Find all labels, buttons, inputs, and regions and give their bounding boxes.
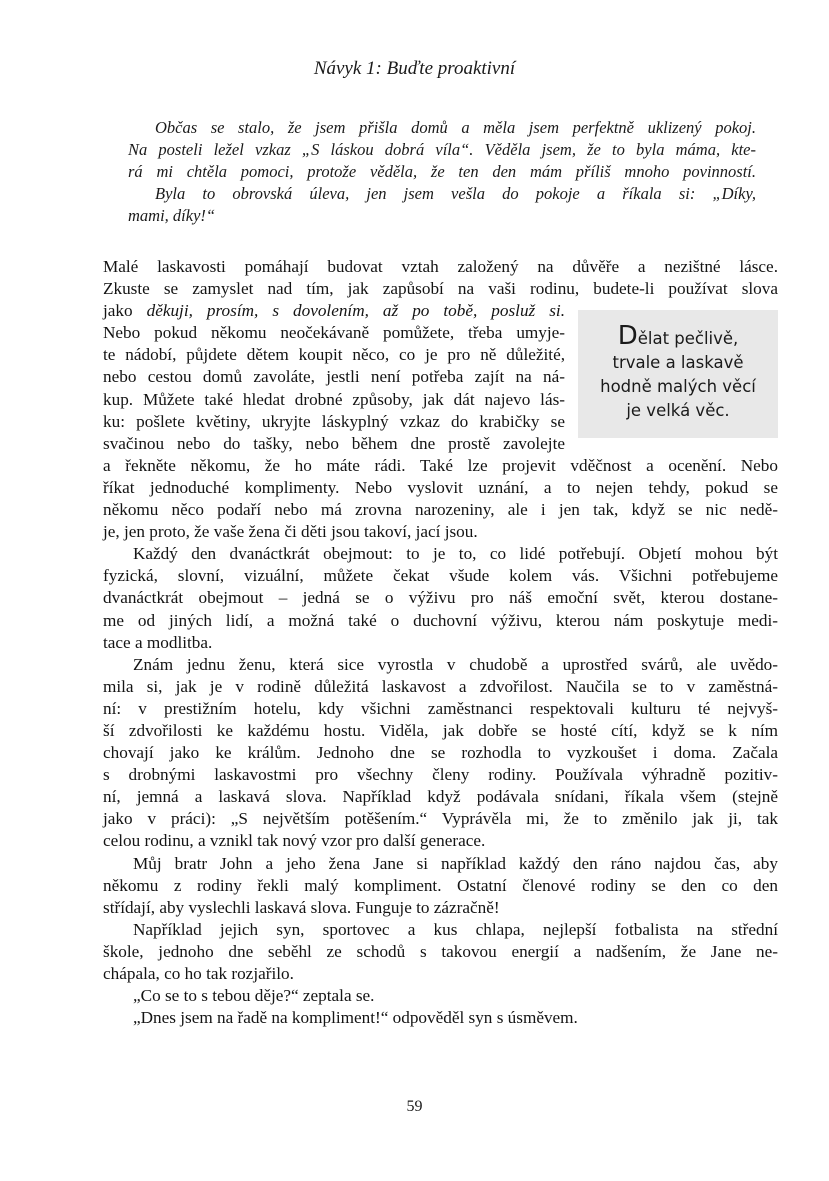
emphasized-words: děkuji, prosím, s dovolením, až po tobě,…	[147, 301, 565, 320]
body-line: škole, jednoho dne seběhl ze schodů s ta…	[103, 941, 778, 963]
body-line: mila si, jak je v rodině důležitá laskav…	[103, 676, 778, 698]
body-line: Můj bratr John a jeho žena Jane si napří…	[103, 853, 778, 875]
body-line: Znám jednu ženu, která sice vyrostla v c…	[103, 654, 778, 676]
body-line: a řekněte někomu, že ho máte rádi. Také …	[103, 455, 778, 477]
epigraph: Občas se stalo, že jsem přišla domů a mě…	[128, 117, 756, 227]
body-text-run: jako	[103, 301, 147, 320]
body-line: ší zdvořilosti ke každému hostu. Viděla,…	[103, 720, 778, 742]
body-line: říkat jednoduché komplimenty. Nebo vyslo…	[103, 477, 778, 499]
body-line: Každý den dvanáctkrát obejmout: to je to…	[103, 543, 778, 565]
body-line: je, jen proto, že vaše žena či děti jsou…	[103, 521, 778, 543]
body-line: ní, jemná a laskavá slova. Například kdy…	[103, 786, 778, 808]
body-line: jako děkuji, prosím, s dovolením, až po …	[103, 300, 565, 322]
book-page: Návyk 1: Buďte proaktivní Občas se stalo…	[0, 0, 829, 1181]
body-line: dvanáctkrát obejmout – jedná se o výživu…	[103, 587, 778, 609]
epigraph-line: Na posteli ležel vzkaz „S láskou dobrá v…	[128, 139, 756, 161]
body-line: kup. Můžete také hledat drobné způsoby, …	[103, 389, 565, 411]
body-line: Zkuste se zamyslet nad tím, jak zapůsobí…	[103, 278, 778, 300]
body-line: někomu něco podaří nebo má zrovna naroze…	[103, 499, 778, 521]
body-line: „Co se to s tebou děje?“ zeptala se.	[103, 985, 778, 1007]
body-line: „Dnes jsem na řadě na kompliment!“ odpov…	[103, 1007, 778, 1029]
page-number: 59	[0, 1098, 829, 1116]
epigraph-line: Byla to obrovská úleva, jen jsem vešla d…	[128, 183, 756, 205]
body-line: fyzická, slovní, vizuální, můžete čekat …	[103, 565, 778, 587]
body-text: Malé laskavosti pomáhají budovat vztah z…	[103, 256, 778, 1029]
body-line: ku: pošlete květiny, ukryjte láskyplný v…	[103, 411, 565, 433]
body-line: jako v práci): „S největším potěšením.“ …	[103, 808, 778, 830]
epigraph-line: Občas se stalo, že jsem přišla domů a mě…	[128, 117, 756, 139]
body-line: ní: v prestižním hotelu, kdy všichni zam…	[103, 698, 778, 720]
body-line: tace a modlitba.	[103, 632, 778, 654]
epigraph-line: mami, díky!“	[128, 205, 756, 227]
body-line: střídají, aby vyslechli laskavá slova. F…	[103, 897, 778, 919]
running-head: Návyk 1: Buďte proaktivní	[0, 58, 829, 80]
body-line: Například jejich syn, sportovec a kus ch…	[103, 919, 778, 941]
body-line: někomu z rodiny řekli malý kompliment. O…	[103, 875, 778, 897]
body-line: svačinou nebo do tašky, nebo během dne p…	[103, 433, 565, 455]
body-line: te nádobí, půjdete dětem koupit něco, co…	[103, 344, 565, 366]
body-line: chovají jako ke králům. Jednoho dne se r…	[103, 742, 778, 764]
body-line: s drobnými laskavostmi pro všechny členy…	[103, 764, 778, 786]
body-line: chápala, co ho tak rozjařilo.	[103, 963, 778, 985]
body-line: Nebo pokud někomu neočekávaně pomůžete, …	[103, 322, 565, 344]
epigraph-line: rá mi chtěla pomoci, protože věděla, že …	[128, 161, 756, 183]
body-line: me od jiných lidí, a možná také o duchov…	[103, 610, 778, 632]
body-line: Malé laskavosti pomáhají budovat vztah z…	[103, 256, 778, 278]
body-line: celou rodinu, a vznikl tak nový vzor pro…	[103, 830, 778, 852]
body-line: nebo cestou domů zavoláte, jestli není p…	[103, 366, 565, 388]
